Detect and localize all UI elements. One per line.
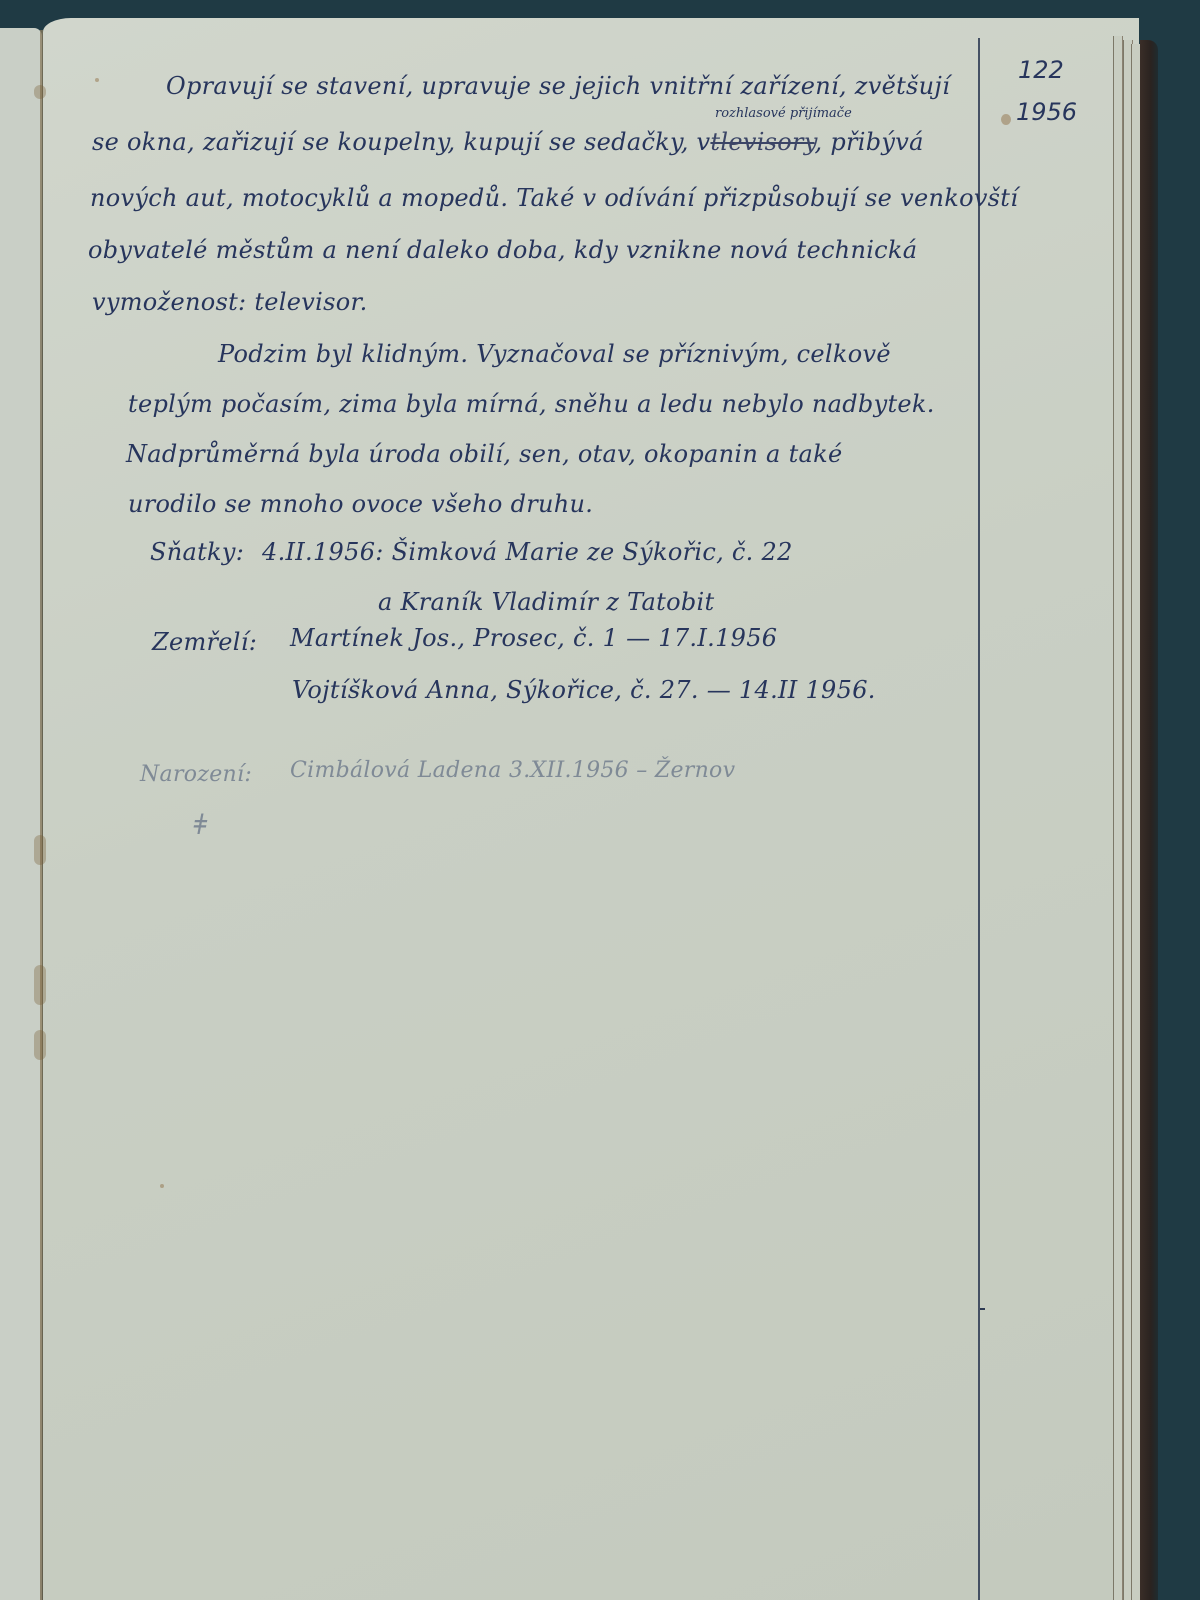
body-line-1: Opravují se stavení, upravuje se jejich …	[166, 72, 950, 100]
page-number: 122	[1018, 56, 1064, 84]
death-record-2: Vojtíšková Anna, Sýkořice, č. 27. — 14.I…	[292, 676, 876, 704]
gutter-stain	[34, 835, 46, 865]
inserted-text: rozhlasové přijímače	[715, 106, 852, 121]
body-line-7: teplým počasím, zima byla mírná, sněhu a…	[128, 390, 935, 418]
book-cover-edge	[1140, 40, 1158, 1600]
body-line-2-tail: , přibývá	[815, 128, 924, 156]
page-stack-edge	[1113, 36, 1123, 1600]
margin-year: 1956	[1016, 98, 1077, 126]
death-record-1: Martínek Jos., Prosec, č. 1 — 17.I.1956	[290, 624, 777, 652]
gutter-stain	[34, 85, 46, 99]
body-line-4: obyvatelé městům a není daleko doba, kdy…	[88, 236, 917, 264]
body-line-2-text: se okna, zařizují se koupelny, kupují se…	[92, 128, 710, 156]
body-line-3: nových aut, motocyklů a mopedů. Také v o…	[90, 184, 1018, 212]
book-gutter	[40, 30, 43, 1600]
margin-rule	[978, 38, 980, 1600]
births-label: Narození:	[140, 762, 252, 787]
marriage-record-1: 4.II.1956: Šimková Marie ze Sýkořic, č. …	[262, 538, 793, 566]
body-line-6: Podzim byl klidným. Vyznačoval se přízni…	[218, 340, 891, 368]
paper-dot	[95, 78, 99, 82]
struck-text: tlevisory	[710, 128, 814, 156]
margin-rule-tick	[980, 1308, 985, 1310]
deaths-label: Zemřelí:	[152, 628, 257, 656]
birth-record-1: Cimbálová Ladena 3.XII.1956 – Žernov	[290, 758, 735, 783]
gutter-stain	[34, 965, 46, 1005]
marriage-record-2: a Kraník Vladimír z Tatobit	[378, 588, 714, 616]
body-line-9: urodilo se mnoho ovoce všeho druhu.	[128, 490, 593, 518]
paper-stain	[1001, 114, 1011, 125]
paper-dot	[160, 1184, 164, 1188]
body-line-5: vymoženost: televisor.	[92, 288, 368, 316]
body-line-8: Nadprůměrná byla úroda obilí, sen, otav,…	[126, 440, 842, 468]
body-line-2: se okna, zařizují se koupelny, kupují se…	[92, 128, 924, 156]
left-page-edge	[0, 28, 42, 1600]
births-mark: ǂ	[194, 808, 207, 841]
marriages-label: Sňatky:	[150, 538, 244, 566]
gutter-stain	[34, 1030, 46, 1060]
